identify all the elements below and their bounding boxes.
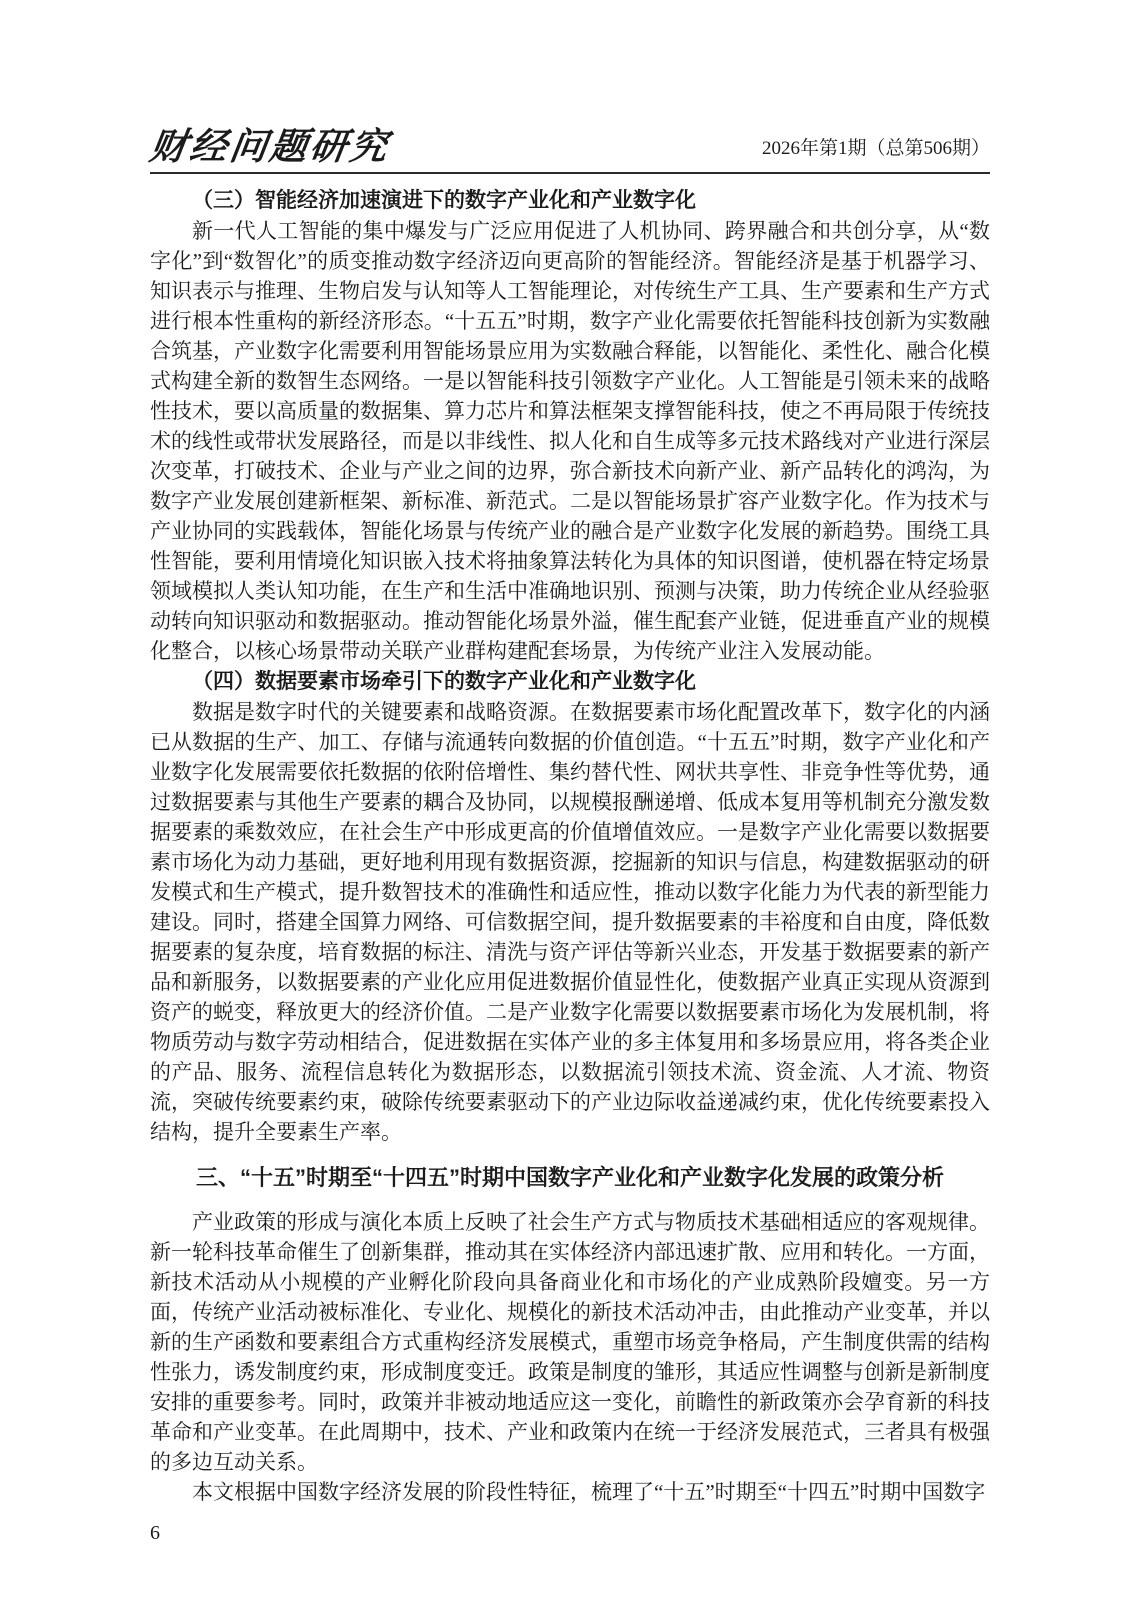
page-footer: 6	[150, 1521, 990, 1545]
section-3-paragraph-1: 产业政策的形成与演化本质上反映了社会生产方式与物质技术基础相适应的客观规律。新一…	[150, 1207, 990, 1477]
page-number: 6	[150, 1521, 990, 1545]
issue-info: 2026年第1期（总第506期）	[762, 138, 990, 167]
article-body: （三）智能经济加速演进下的数字产业化和产业数字化 新一代人工智能的集中爆发与广泛…	[150, 185, 990, 1507]
subsection-heading-3: （三）智能经济加速演进下的数字产业化和产业数字化	[150, 185, 990, 216]
section-3-paragraph-2-partial: 本文根据中国数字经济发展的阶段性特征，梳理了“十五”时期至“十四五”时期中国数字	[150, 1477, 990, 1507]
page-header: 财经问题研究 2026年第1期（总第506期）	[150, 126, 990, 174]
subsection-heading-4: （四）数据要素市场牵引下的数字产业化和产业数字化	[150, 666, 990, 697]
journal-logo: 财经问题研究	[147, 126, 393, 167]
journal-page: 财经问题研究 2026年第1期（总第506期） （三）智能经济加速演进下的数字产…	[0, 0, 1140, 1600]
section-heading-3: 三、“十五”时期至“十四五”时期中国数字产业化和产业数字化发展的政策分析	[150, 1162, 990, 1194]
subsection-4-paragraph: 数据是数字时代的关键要素和战略资源。在数据要素市场化配置改革下，数字化的内涵已从…	[150, 697, 990, 1147]
subsection-3-paragraph: 新一代人工智能的集中爆发与广泛应用促进了人机协同、跨界融合和共创分享，从“数字化…	[150, 216, 990, 666]
